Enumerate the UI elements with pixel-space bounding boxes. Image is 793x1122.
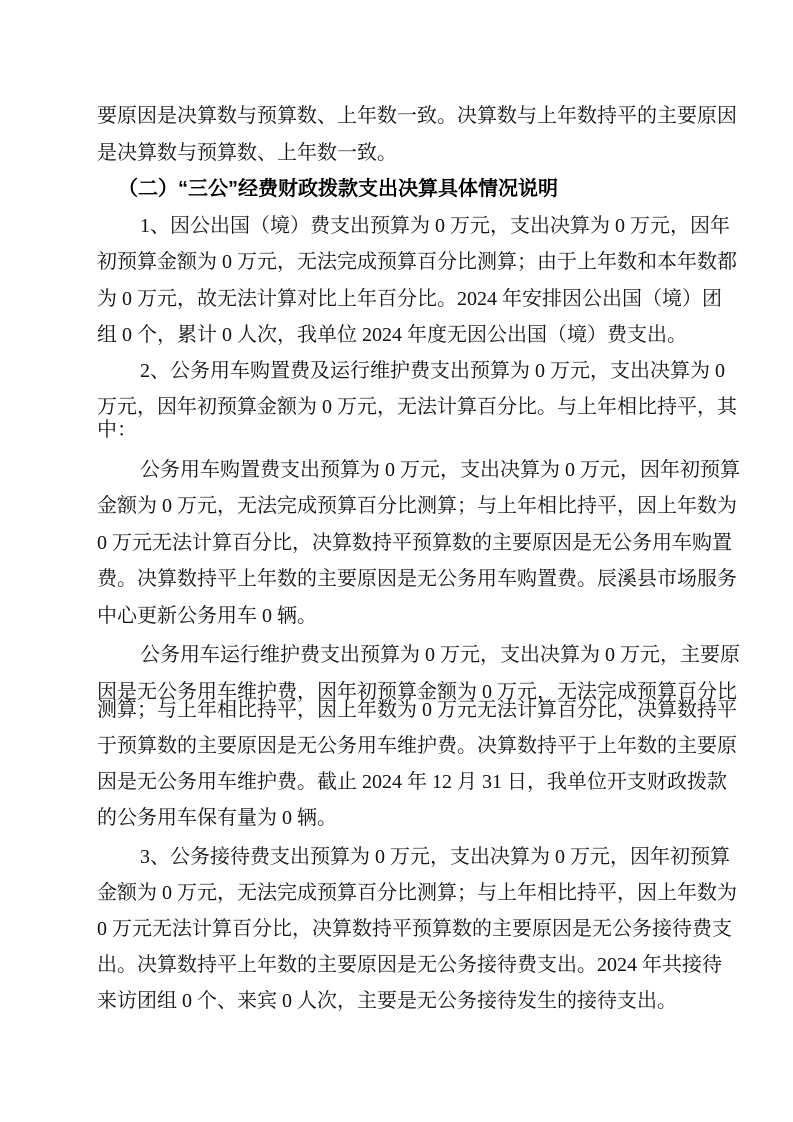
text-line: 是决算数与预算数、上年数一致。 [97, 138, 697, 168]
text-line: 初预算金额为 0 万元，无法完成预算百分比测算；由于上年数和本年数都 [97, 247, 697, 277]
text-line: 中： [97, 415, 697, 445]
text-line: 要原因是决算数与预算数、上年数一致。决算数与上年数持平的主要原因 [97, 101, 697, 131]
text-line: 金额为 0 万元，无法完成预算百分比测算；与上年相比持平，因上年数为 [97, 878, 697, 908]
document-page: 要原因是决算数与预算数、上年数一致。决算数与上年数持平的主要原因 是决算数与预算… [0, 0, 793, 1122]
text-line: 金额为 0 万元，无法完成预算百分比测算；与上年相比持平，因上年数为 [97, 491, 697, 521]
text-line: 中心更新公务用车 0 辆。 [97, 601, 697, 631]
text-line: 于预算数的主要原因是无公务用车维护费。决算数持平于上年数的主要原 [97, 731, 697, 761]
text-line: 为 0 万元，故无法计算对比上年百分比。2024 年安排因公出国（境）团 [97, 284, 697, 314]
text-line: 0 万元无法计算百分比，决算数持平预算数的主要原因是无公务用车购置 [97, 528, 697, 558]
text-line: 公务用车购置费支出预算为 0 万元，支出决算为 0 万元，因年初预算 [140, 455, 697, 485]
text-line: 出。决算数持平上年数的主要原因是无公务接待费支出。2024 年共接待 [97, 950, 697, 980]
text-line: 组 0 个，累计 0 人次，我单位 2024 年度无因公出国（境）费支出。 [97, 320, 697, 350]
section-heading: （二）“三公”经费财政拨款支出决算具体情况说明 [118, 174, 558, 204]
text-line: 2、公务用车购置费及运行维护费支出预算为 0 万元，支出决算为 0 [140, 356, 697, 386]
text-line: 测算；与上年相比持平，因上年数为 0 万元无法计算百分比，决算数持平 [97, 695, 697, 725]
text-line: 费。决算数持平上年数的主要原因是无公务用车购置费。辰溪县市场服务 [97, 564, 697, 594]
text-line: 因是无公务用车维护费。截止 2024 年 12 月 31 日，我单位开支财政拨款 [97, 767, 697, 797]
text-line: 的公务用车保有量为 0 辆。 [97, 803, 697, 833]
text-line: 公务用车运行维护费支出预算为 0 万元，支出决算为 0 万元，主要原 [140, 640, 697, 670]
text-line: 3、公务接待费支出预算为 0 万元，支出决算为 0 万元，因年初预算 [140, 842, 697, 872]
text-line: 来访团组 0 个、来宾 0 人次，主要是无公务接待发生的接待支出。 [97, 986, 697, 1016]
text-line: 1、因公出国（境）费支出预算为 0 万元，支出决算为 0 万元，因年 [140, 211, 697, 241]
text-line: 0 万元无法计算百分比，决算数持平预算数的主要原因是无公务接待费支 [97, 914, 697, 944]
